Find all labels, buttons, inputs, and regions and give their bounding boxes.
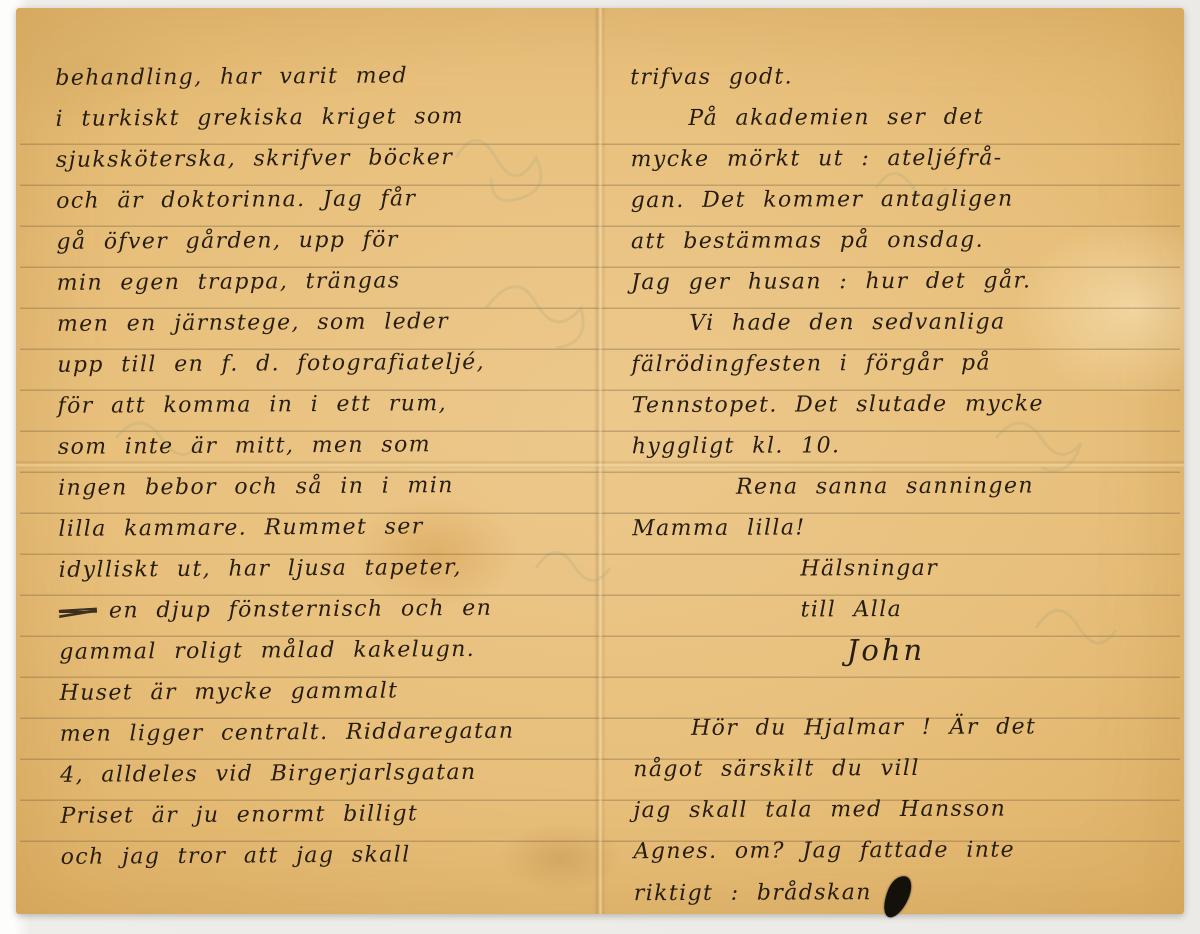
letter-line: till Alla — [632, 588, 1178, 631]
letter-line: 4, alldeles vid Birgerjarlsgatan — [60, 751, 590, 796]
letter-line: för att komma in i ett rum, — [57, 382, 587, 427]
letter-line: Vi hade den sedvanliga — [631, 301, 1177, 344]
line-text: men en järnstege, som leder — [57, 309, 449, 337]
line-text: 4, alldeles vid Birgerjarlsgatan — [60, 760, 477, 788]
letter-line: Jag ger husan : hur det går. — [631, 260, 1177, 303]
line-text: Hör du Hjalmar ! Är det — [691, 714, 1036, 741]
line-text: Mamma lilla! — [632, 515, 805, 541]
letter-line: Agnes. om? Jag fattade inte — [634, 829, 1180, 872]
line-text: gå öfver gården, upp för — [56, 227, 399, 254]
line-text: På akademien ser det — [688, 105, 984, 131]
line-text: Priset är ju enormt billigt — [60, 801, 418, 828]
line-text: i turkiskt grekiska kriget som — [55, 104, 463, 132]
letter-line: Hälsningar — [632, 547, 1178, 590]
letter-line: som inte är mitt, men som — [58, 423, 588, 468]
line-text: mycke mörkt ut : ateljéfrå- — [631, 146, 1003, 173]
line-text: Rena sanna sanningen — [736, 473, 1034, 499]
line-text: trifvas godt. — [630, 64, 793, 90]
line-text: John — [847, 633, 926, 667]
line-text: gammal roligt målad kakelugn. — [59, 637, 475, 665]
line-text: ingen bebor och så in i min — [58, 473, 454, 501]
line-text: Hälsningar — [800, 556, 938, 582]
line-text: men ligger centralt. Riddaregatan — [60, 719, 515, 747]
line-text: som inte är mitt, men som — [58, 432, 431, 460]
letter-line: Huset är mycke gammalt — [59, 669, 589, 714]
letter-line: mycke mörkt ut : ateljéfrå- — [630, 137, 1176, 180]
letter-line: Mamma lilla! — [632, 506, 1178, 549]
line-text: Jag ger husan : hur det går. — [631, 268, 1031, 295]
letter-line: gammal roligt målad kakelugn. — [59, 628, 589, 673]
line-text: något särskilt du vill — [633, 756, 920, 782]
page-right: trifvas godt.På akademien ser detmycke m… — [630, 55, 1180, 913]
scribbled-out-word — [59, 605, 98, 618]
line-text: Agnes. om? Jag fattade inte — [634, 838, 1015, 865]
letter-line: På akademien ser det — [630, 96, 1176, 139]
line-text: Tennstopet. Det slutade mycke — [632, 391, 1044, 418]
line-gap — [633, 670, 1179, 708]
line-text: jag skall tala med Hansson — [633, 797, 1006, 824]
line-text: upp till en f. d. fotografiateljé, — [57, 350, 485, 378]
line-text: gan. Det kommer antagligen — [631, 187, 1014, 214]
line-text: för att komma in i ett rum, — [57, 391, 447, 419]
letter-line: och är doktorinna. Jag får — [56, 177, 586, 222]
letter-line: trifvas godt. — [630, 55, 1176, 98]
line-text: Vi hade den sedvanliga — [689, 310, 1005, 336]
letter-line: Rena sanna sanningen — [632, 465, 1178, 508]
line-text: till Alla — [800, 597, 902, 622]
line-text: hyggligt kl. 10. — [632, 433, 841, 459]
line-text: och är doktorinna. Jag får — [56, 186, 416, 214]
signature-line: John — [633, 629, 1179, 672]
letter-line: sjuksköterska, skrifver böcker — [56, 136, 586, 181]
letter-line: en djup fönsternisch och en — [59, 587, 589, 632]
letter-line: men en järnstege, som leder — [57, 300, 587, 345]
line-text: behandling, har varit med — [55, 63, 408, 90]
letter-line: hyggligt kl. 10. — [632, 424, 1178, 467]
letter-line: lilla kammare. Rummet ser — [58, 505, 588, 550]
letter-line: Hör du Hjalmar ! Är det — [633, 706, 1179, 749]
line-text: min egen trappa, trängas — [57, 268, 401, 295]
line-text: och jag tror att jag skall — [61, 842, 411, 869]
line-text: lilla kammare. Rummet ser — [58, 514, 423, 542]
letter-line: behandling, har varit med — [55, 54, 585, 99]
letter-line: min egen trappa, trängas — [57, 259, 587, 304]
line-text: riktigt : brådskan — [634, 880, 872, 906]
page-left: behandling, har varit medi turkiskt grek… — [55, 54, 591, 878]
letter-line: gå öfver gården, upp för — [56, 218, 586, 263]
letter-line: gan. Det kommer antagligen — [631, 178, 1177, 221]
letter-line: jag skall tala med Hansson — [633, 788, 1179, 831]
letter-line: ingen bebor och så in i min — [58, 464, 588, 509]
letter-line: idylliskt ut, har ljusa tapeter, — [59, 546, 589, 591]
line-text: en djup fönsternisch och en — [109, 596, 492, 624]
letter-line: riktigt : brådskan — [634, 870, 1180, 913]
scan-background: behandling, har varit medi turkiskt grek… — [0, 0, 1200, 934]
line-text: Huset är mycke gammalt — [59, 678, 398, 705]
letter-line: och jag tror att jag skall — [61, 833, 591, 878]
letter-line: att bestämmas på onsdag. — [631, 219, 1177, 262]
letter-line: något särskilt du vill — [633, 747, 1179, 790]
line-text: sjuksköterska, skrifver böcker — [56, 145, 454, 173]
letter-line: fälrödingfesten i förgår på — [631, 342, 1177, 385]
letter-line: Tennstopet. Det slutade mycke — [632, 383, 1178, 426]
line-text: idylliskt ut, har ljusa tapeter, — [59, 555, 462, 583]
letter-line: upp till en f. d. fotografiateljé, — [57, 341, 587, 386]
letter-sheet: behandling, har varit medi turkiskt grek… — [16, 8, 1184, 914]
letter-line: men ligger centralt. Riddaregatan — [60, 710, 590, 755]
letter-line: i turkiskt grekiska kriget som — [55, 95, 585, 140]
line-text: fälrödingfesten i förgår på — [631, 351, 991, 378]
letter-line: Priset är ju enormt billigt — [60, 792, 590, 837]
line-text: att bestämmas på onsdag. — [631, 228, 984, 255]
ink-blot — [878, 872, 916, 921]
